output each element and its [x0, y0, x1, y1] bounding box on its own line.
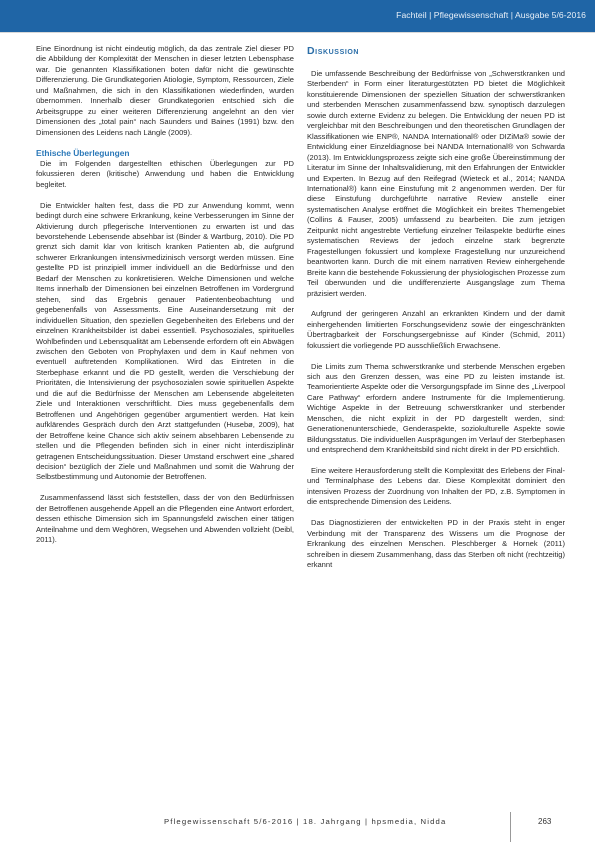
section-title-discussion: Diskussion	[307, 44, 565, 58]
paragraph: Aufgrund der geringeren Anzahl an erkran…	[307, 309, 565, 351]
right-column: Diskussion Die umfassende Beschreibung d…	[307, 44, 565, 581]
footer-citation: Pflegewissenschaft 5/6-2016 | 18. Jahrga…	[164, 817, 446, 826]
paragraph: Zusammenfassend lässt sich feststellen, …	[36, 493, 294, 545]
paragraph: Die Entwickler halten fest, dass die PD …	[36, 201, 294, 483]
running-header: Fachteil | Pflegewissenschaft | Ausgabe …	[396, 10, 586, 20]
journal-header-bar: Fachteil | Pflegewissenschaft | Ausgabe …	[0, 0, 595, 33]
paragraph: Die Limits zum Thema schwerstkranke und …	[307, 362, 565, 456]
paragraph: Die umfassende Beschreibung der Bedürfni…	[307, 69, 565, 299]
paragraph: Eine weitere Herausforderung stellt die …	[307, 466, 565, 508]
paragraph: Das Diagnostizieren der entwickelten PD …	[307, 518, 565, 570]
left-column: Eine Einordnung ist nicht eindeutig mögl…	[36, 44, 294, 556]
page-footer: Pflegewissenschaft 5/6-2016 | 18. Jahrga…	[0, 812, 595, 842]
footer-divider	[510, 812, 511, 842]
paragraph: Eine Einordnung ist nicht eindeutig mögl…	[36, 44, 294, 138]
subheading-ethics: Ethische Überlegungen	[36, 148, 294, 158]
page-number: 263	[538, 817, 551, 826]
paragraph: Die im Folgenden dargestellten ethischen…	[36, 159, 294, 190]
